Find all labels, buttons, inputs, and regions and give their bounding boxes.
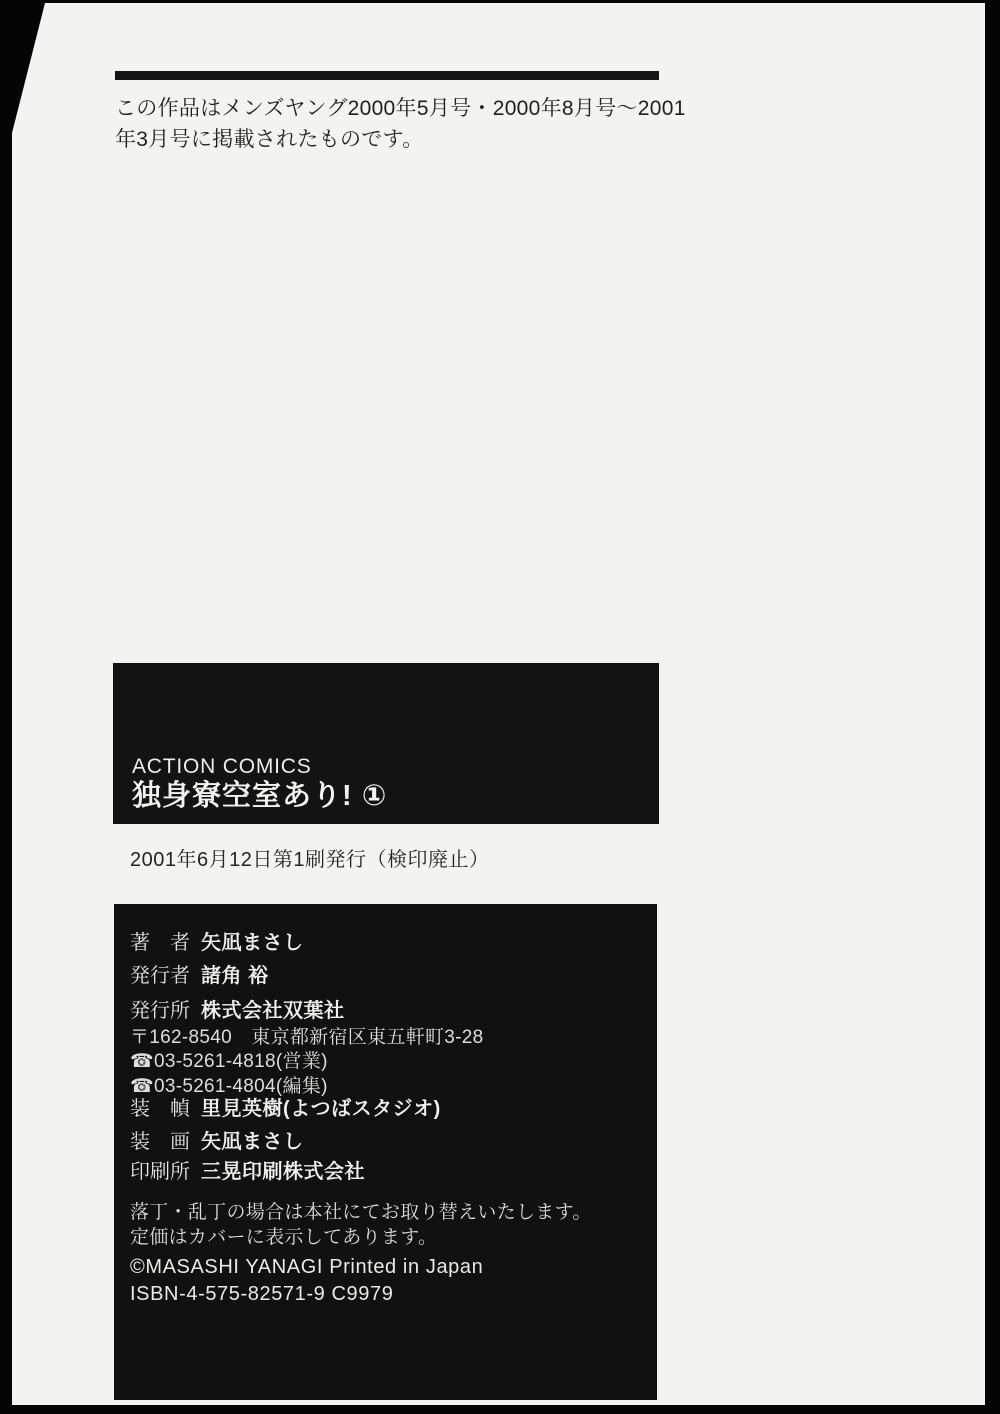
edition-line: 2001年6月12日第1刷発行（検印廃止） xyxy=(130,843,489,872)
author-label: 著 者 xyxy=(130,926,194,955)
publisher-person-value: 諸角 裕 xyxy=(201,959,269,988)
scanned-page: この作品はメンズヤング2000年5月号・2000年8月号〜2001 年3月号に掲… xyxy=(12,3,985,1405)
colophon-box: 著 者矢凪まさし 発行者諸角 裕 発行所株式会社双葉社 〒162-8540 東京… xyxy=(114,904,657,1400)
magazine-note-line1: この作品はメンズヤング2000年5月号・2000年8月号〜2001 xyxy=(115,93,695,124)
design-row: 装 幀里見英樹(よつばスタジオ) xyxy=(130,1092,441,1121)
author-row: 著 者矢凪まさし xyxy=(130,926,304,955)
design-value: 里見英樹(よつばスタジオ) xyxy=(201,1092,441,1121)
printer-row: 印刷所三晃印刷株式会社 xyxy=(130,1155,365,1184)
publisher-person-label: 発行者 xyxy=(130,959,194,988)
publisher-row: 発行所株式会社双葉社 xyxy=(130,994,345,1023)
design-label: 装 幀 xyxy=(130,1092,194,1121)
phone-sales: ☎03-5261-4818(営業) xyxy=(130,1046,328,1073)
publisher-person-row: 発行者諸角 裕 xyxy=(130,959,269,988)
imprint-label: ACTION COMICS xyxy=(132,754,659,779)
publisher-value: 株式会社双葉社 xyxy=(201,994,345,1023)
cover-art-label: 装 画 xyxy=(130,1125,194,1154)
magazine-note-line2: 年3月号に掲載されたものです。 xyxy=(115,124,695,155)
scan-corner-artifact xyxy=(12,3,45,133)
magazine-serialization-note: この作品はメンズヤング2000年5月号・2000年8月号〜2001 年3月号に掲… xyxy=(115,93,695,155)
publisher-address: 〒162-8540 東京都新宿区東五軒町3-28 xyxy=(130,1022,484,1049)
printer-label: 印刷所 xyxy=(130,1155,194,1184)
printer-value: 三晃印刷株式会社 xyxy=(201,1155,365,1184)
book-title: 独身寮空室あり! ① xyxy=(132,779,659,814)
cover-art-row: 装 画矢凪まさし xyxy=(130,1125,304,1154)
defect-notice-line1: 落丁・乱丁の場合は本社にてお取り替えいたします。 xyxy=(130,1197,592,1224)
isbn-line: ISBN-4-575-82571-9 C9979 xyxy=(130,1283,393,1306)
defect-notice-line2: 定価はカバーに表示してあります。 xyxy=(130,1222,437,1249)
divider-rule xyxy=(115,71,659,80)
cover-art-value: 矢凪まさし xyxy=(201,1125,304,1154)
title-box: ACTION COMICS 独身寮空室あり! ① xyxy=(113,663,659,824)
copyright-line: ©MASASHI YANAGI Printed in Japan xyxy=(130,1256,483,1279)
publisher-label: 発行所 xyxy=(130,994,194,1023)
author-value: 矢凪まさし xyxy=(201,926,304,955)
